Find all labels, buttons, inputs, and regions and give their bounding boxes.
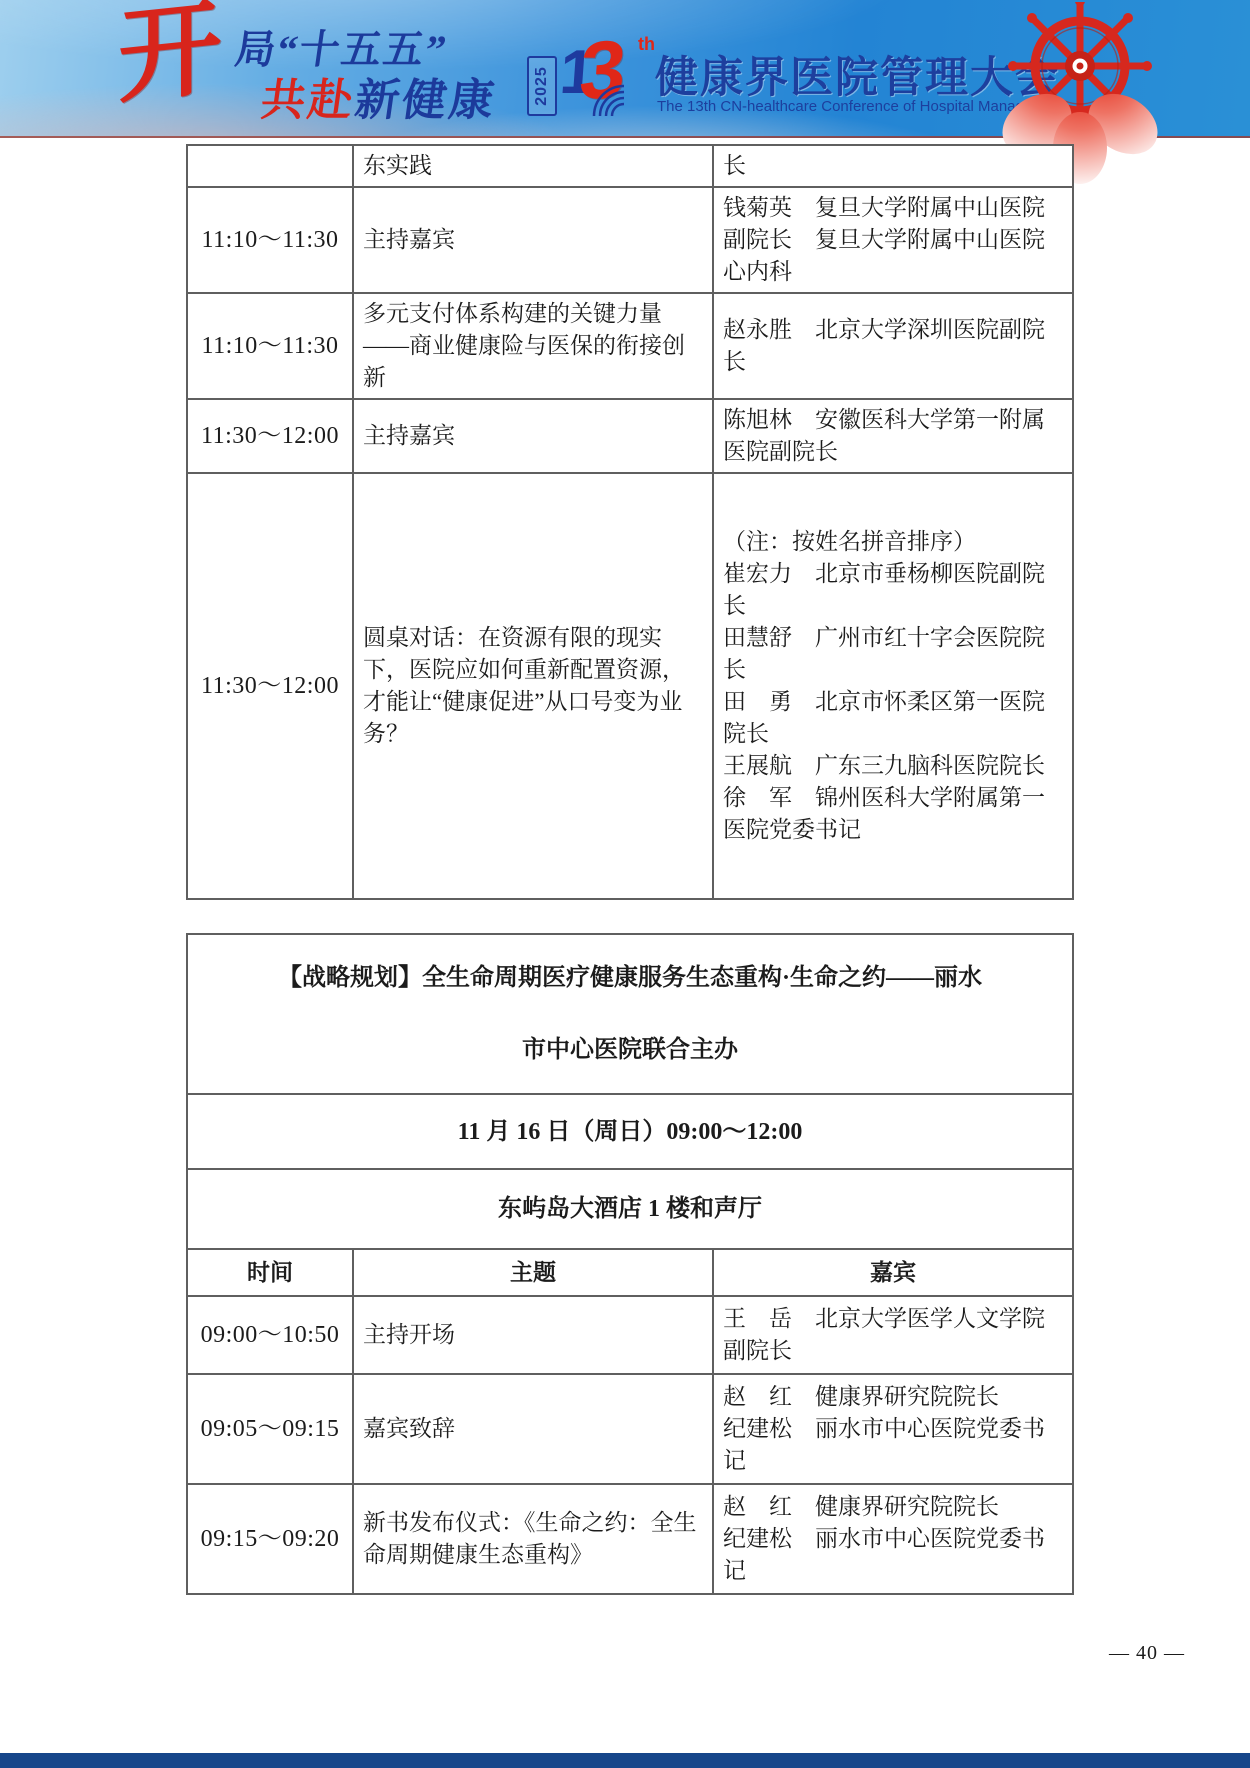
table-row: 11:30～12:00 主持嘉宾 陈旭林 安徽医科大学第一附属医院副院长 (187, 399, 1073, 473)
table-row: 09:05～09:15 嘉宾致辞 赵 红 健康界研究院院长 纪建松 丽水市中心医… (187, 1374, 1073, 1484)
document-page: 开 局“十五五” 共赴新健康 2025 1 3 th 健康界医院管理大会 The… (0, 0, 1250, 1768)
session-date-row: 11 月 16 日（周日）09:00～12:00 (187, 1094, 1073, 1169)
table-row: 11:10～11:30 主持嘉宾 钱菊英 复旦大学附属中山医院副院长 复旦大学附… (187, 187, 1073, 293)
cell-topic: 东实践 (353, 145, 713, 187)
cell-guests: 赵 红 健康界研究院院长 纪建松 丽水市中心医院党委书记 (713, 1374, 1073, 1484)
column-header-topic: 主题 (353, 1249, 713, 1296)
slogan-kai-char: 开 (118, 0, 221, 112)
table-row: 11:10～11:30 多元支付体系构建的关键力量——商业健康险与医保的衔接创新… (187, 293, 1073, 399)
table-row: 09:00～10:50 主持开场 王 岳 北京大学医学人文学院副院长 (187, 1296, 1073, 1374)
logo-th-suffix: th (638, 34, 655, 55)
column-header-row: 时间 主题 嘉宾 (187, 1249, 1073, 1296)
cell-topic: 主持嘉宾 (353, 399, 713, 473)
table-row: 东实践 长 (187, 145, 1073, 187)
cell-topic: 主持嘉宾 (353, 187, 713, 293)
logo-year-badge: 2025 (527, 56, 557, 116)
session-venue: 东屿岛大酒店 1 楼和声厅 (187, 1169, 1073, 1249)
table-row: 11:30～12:00 圆桌对话：在资源有限的现实下，医院应如何重新配置资源，才… (187, 473, 1073, 899)
cell-time: 09:15～09:20 (187, 1484, 353, 1594)
slogan-line2: 共赴新健康 (258, 64, 502, 128)
cell-time: 09:00～10:50 (187, 1296, 353, 1374)
cell-guests: 赵永胜 北京大学深圳医院副院长 (713, 293, 1073, 399)
cell-topic: 主持开场 (353, 1296, 713, 1374)
session-datetime: 11 月 16 日（周日）09:00～12:00 (187, 1094, 1073, 1169)
footer-bar (0, 1753, 1250, 1768)
column-header-guest: 嘉宾 (713, 1249, 1073, 1296)
logo-arcs-icon (588, 78, 642, 118)
cell-time: 11:10～11:30 (187, 293, 353, 399)
cell-topic: 嘉宾致辞 (353, 1374, 713, 1484)
cell-time: 09:05～09:15 (187, 1374, 353, 1484)
cell-topic: 圆桌对话：在资源有限的现实下，医院应如何重新配置资源，才能让“健康促进”从口号变… (353, 473, 713, 899)
session-venue-row: 东屿岛大酒店 1 楼和声厅 (187, 1169, 1073, 1249)
cell-guests: 长 (713, 145, 1073, 187)
schedule-table-morning: 东实践 长 11:10～11:30 主持嘉宾 钱菊英 复旦大学附属中山医院副院长… (186, 144, 1074, 900)
cell-guests: 王 岳 北京大学医学人文学院副院长 (713, 1296, 1073, 1374)
table-row: 09:15～09:20 新书发布仪式：《生命之约：全生命周期健康生态重构》 赵 … (187, 1484, 1073, 1594)
slogan-line2-red: 共赴 (258, 76, 359, 125)
slogan-line2-blue: 新健康 (352, 76, 500, 125)
cell-time: 11:10～11:30 (187, 187, 353, 293)
cell-guests: 陈旭林 安徽医科大学第一附属医院副院长 (713, 399, 1073, 473)
logo-year-text: 2025 (533, 59, 551, 113)
cell-time: 11:30～12:00 (187, 473, 353, 899)
schedule-table-strategy-session: 【战略规划】全生命周期医疗健康服务生态重构·生命之约——丽水 市中心医院联合主办… (186, 933, 1074, 1595)
cell-guests: 赵 红 健康界研究院院长 纪建松 丽水市中心医院党委书记 (713, 1484, 1073, 1594)
column-header-time: 时间 (187, 1249, 353, 1296)
cell-topic: 新书发布仪式：《生命之约：全生命周期健康生态重构》 (353, 1484, 713, 1594)
cell-guests: （注：按姓名拼音排序） 崔宏力 北京市垂杨柳医院副院长 田慧舒 广州市红十字会医… (713, 473, 1073, 899)
cell-guests: 钱菊英 复旦大学附属中山医院副院长 复旦大学附属中山医院心内科 (713, 187, 1073, 293)
session-title: 【战略规划】全生命周期医疗健康服务生态重构·生命之约——丽水 市中心医院联合主办 (187, 934, 1073, 1094)
cell-time: 11:30～12:00 (187, 399, 353, 473)
cell-time (187, 145, 353, 187)
page-number: — 40 — (1109, 1642, 1185, 1665)
session-title-row: 【战略规划】全生命周期医疗健康服务生态重构·生命之约——丽水 市中心医院联合主办 (187, 934, 1073, 1094)
cell-topic: 多元支付体系构建的关键力量——商业健康险与医保的衔接创新 (353, 293, 713, 399)
conference-banner: 开 局“十五五” 共赴新健康 2025 1 3 th 健康界医院管理大会 The… (0, 0, 1250, 138)
